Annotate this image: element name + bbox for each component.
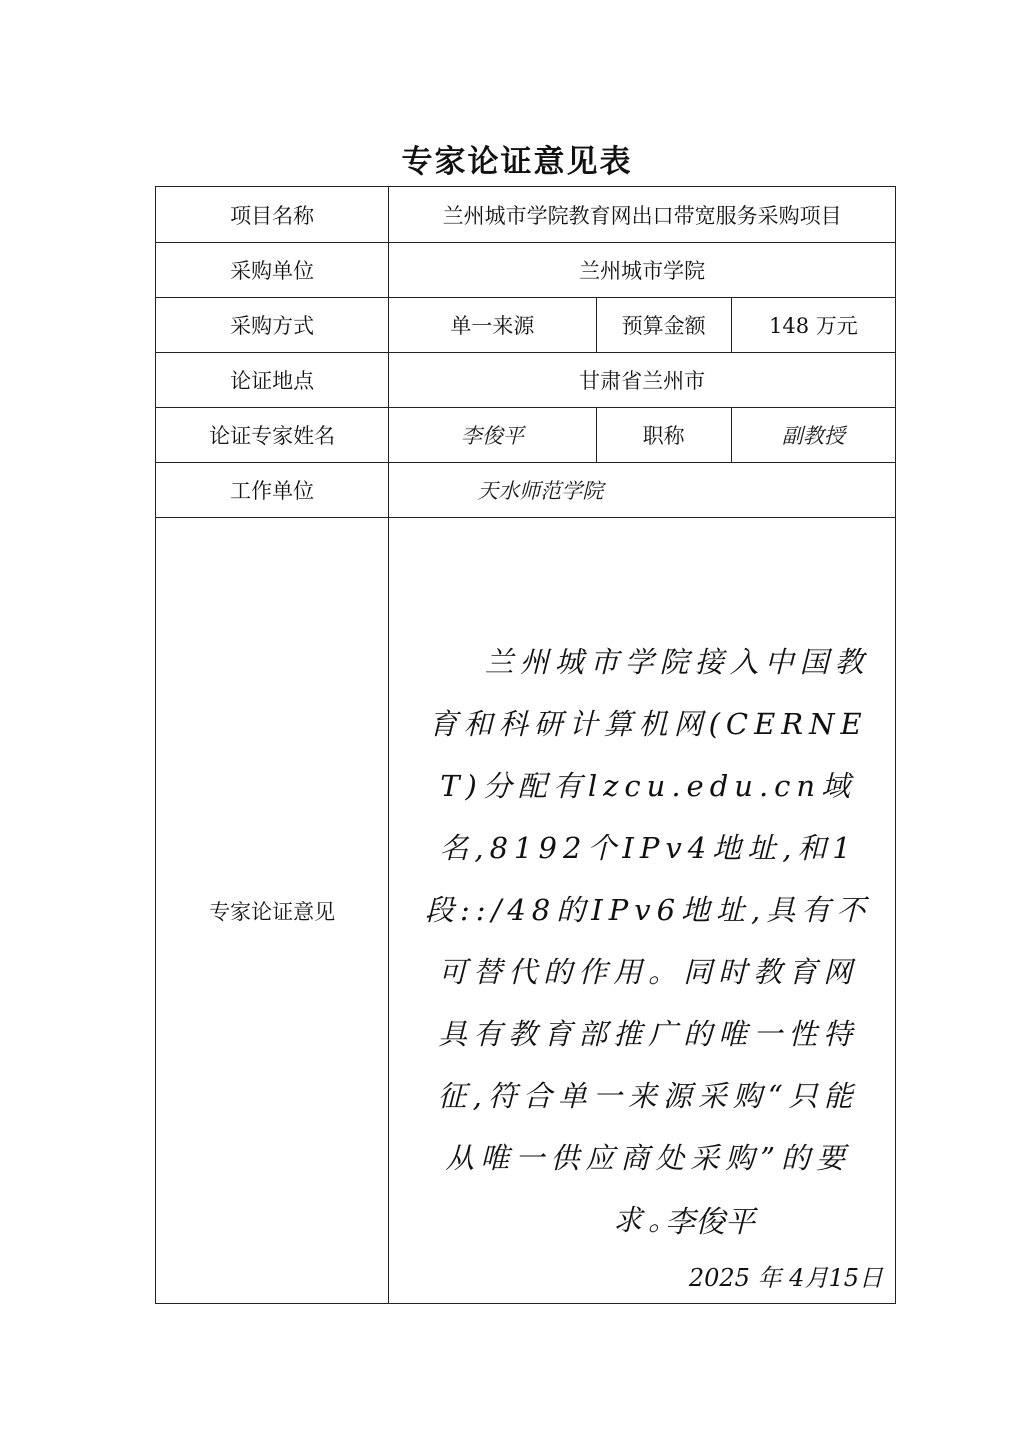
opinion-cell: 兰州城市学院接入中国教育和科研计算机网(CERNET)分配有lzcu.edu.c…: [389, 518, 896, 1304]
label-purchaser: 采购单位: [156, 243, 389, 298]
label-location: 论证地点: [156, 353, 389, 408]
row-location: 论证地点 甘肃省兰州市: [156, 353, 896, 408]
label-expert-name: 论证专家姓名: [156, 408, 389, 463]
label-procurement-method: 采购方式: [156, 298, 389, 353]
value-project-name: 兰州城市学院教育网出口带宽服务采购项目: [389, 187, 896, 243]
expert-opinion-form: 项目名称 兰州城市学院教育网出口带宽服务采购项目 采购单位 兰州城市学院 采购方…: [155, 186, 896, 1304]
value-expert-name-handwritten: 李俊平: [389, 408, 596, 463]
label-title-rank: 职称: [596, 408, 731, 463]
row-work-unit: 工作单位 天水师范学院: [156, 463, 896, 518]
value-title-rank-handwritten: 副教授: [731, 408, 895, 463]
expert-signature: 李俊平: [665, 1197, 755, 1241]
row-project-name: 项目名称 兰州城市学院教育网出口带宽服务采购项目: [156, 187, 896, 243]
row-opinion: 专家论证意见 兰州城市学院接入中国教育和科研计算机网(CERNET)分配有lzc…: [156, 518, 896, 1304]
label-opinion: 专家论证意见: [156, 518, 389, 1304]
value-work-unit-handwritten: 天水师范学院: [389, 463, 896, 518]
value-budget: 148 万元: [731, 298, 895, 353]
value-location: 甘肃省兰州市: [389, 353, 896, 408]
row-purchaser: 采购单位 兰州城市学院: [156, 243, 896, 298]
signature-date: 2025 年 4月15日: [689, 1258, 883, 1293]
value-procurement-method: 单一来源: [389, 298, 596, 353]
label-budget: 预算金额: [596, 298, 731, 353]
row-expert: 论证专家姓名 李俊平 职称 副教授: [156, 408, 896, 463]
page-title: 专家论证意见表: [0, 136, 1024, 181]
value-purchaser: 兰州城市学院: [389, 243, 896, 298]
label-project-name: 项目名称: [156, 187, 389, 243]
label-work-unit: 工作单位: [156, 463, 389, 518]
opinion-text-handwritten: 兰州城市学院接入中国教育和科研计算机网(CERNET)分配有lzcu.edu.c…: [389, 571, 895, 1251]
row-procurement: 采购方式 单一来源 预算金额 148 万元: [156, 298, 896, 353]
